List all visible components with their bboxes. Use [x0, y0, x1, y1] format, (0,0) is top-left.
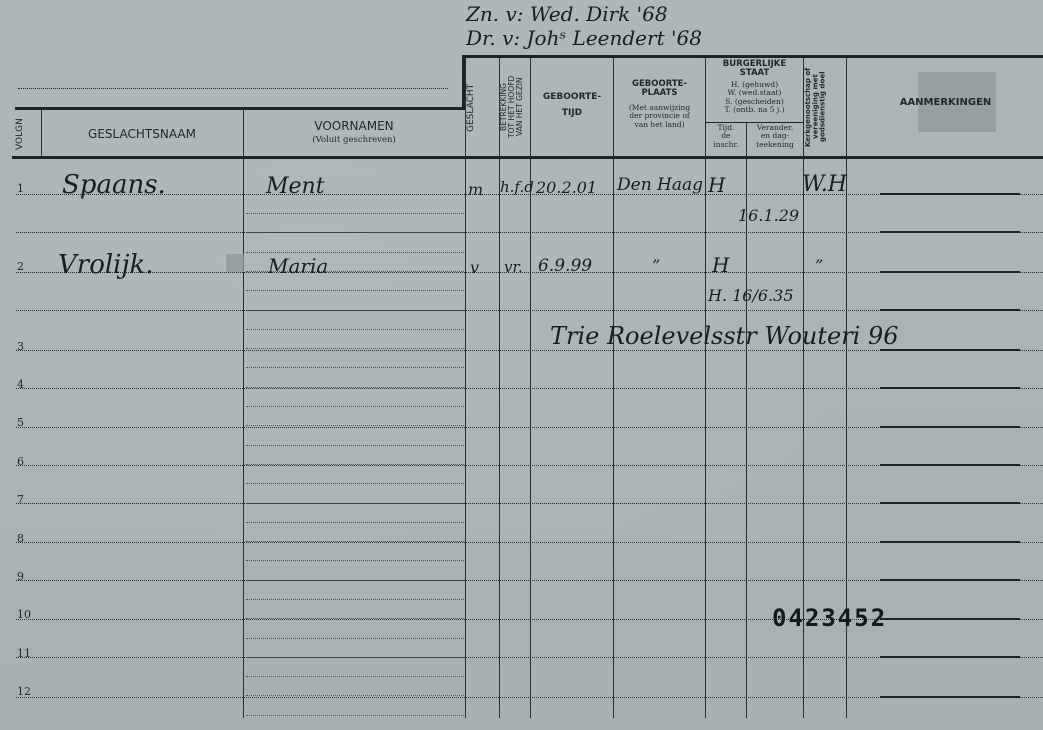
- header-geslacht: GESLACHT: [467, 62, 497, 154]
- row-number: 12: [17, 685, 31, 698]
- aanmerkingen-rule: [880, 579, 1020, 581]
- entry-2-geslacht: v: [470, 258, 479, 277]
- voornamen-subrule: [246, 213, 464, 214]
- header-bottom-rule: [12, 156, 1043, 159]
- aanmerkingen-rule: [880, 271, 1020, 273]
- voornamen-subrule: [246, 541, 464, 542]
- voornamen-subrule: [246, 657, 464, 658]
- header-voornamen-sub: (Voluit geschreven): [244, 136, 464, 145]
- voornamen-subrule: [246, 695, 464, 696]
- voornamen-subrule: [246, 425, 464, 426]
- entry-2-geslachtsnaam: Vrolijk.: [58, 250, 154, 280]
- aanmerkingen-rule: [880, 656, 1020, 658]
- registry-card: Zn. v: Wed. Dirk '68 Dr. v: Johˢ Leender…: [0, 0, 1043, 730]
- voornamen-subrule: [246, 310, 464, 311]
- header-voornamen: VOORNAMEN: [244, 120, 464, 133]
- row-number: 2: [17, 260, 24, 273]
- entry-1-geslacht: m: [468, 180, 483, 199]
- header-kerkgenootschap: Kerkgenootschap of vereeniging met godsd…: [805, 60, 845, 154]
- voornamen-subrule: [246, 676, 464, 677]
- voornamen-subrule: [246, 464, 464, 465]
- voornamen-subrule: [246, 445, 464, 446]
- row-number: 7: [17, 493, 24, 506]
- row-number: 5: [17, 416, 24, 429]
- voornamen-subrule: [246, 367, 464, 368]
- top-note-2: Dr. v: Johˢ Leendert '68: [466, 26, 702, 50]
- row-number: 10: [17, 608, 31, 621]
- small-patch: [226, 254, 244, 272]
- entry-1-geslachtsnaam: Spaans.: [62, 170, 166, 200]
- header-betrekking: BETREKKING TOT HET HOOFD VAN HET GEZIN: [500, 60, 530, 154]
- aanmerkingen-rule: [880, 387, 1020, 389]
- entry-1-bs-tijd: H: [708, 173, 725, 197]
- entry-1-bs-verander: 16.1.29: [738, 206, 799, 225]
- row-number: 6: [17, 455, 24, 468]
- entry-2-bs-tijd: H: [712, 253, 729, 277]
- aanmerkingen-rule: [880, 618, 1020, 620]
- row-number: 1: [17, 182, 24, 195]
- voornamen-subrule: [246, 618, 464, 619]
- voornamen-subrule: [246, 560, 464, 561]
- header-bs-codes: H. (gehuwd) W. (wed.staat) S. (gescheide…: [706, 81, 803, 114]
- aanmerkingen-rule: [880, 231, 1020, 233]
- header-geboorteplaats: GEBOORTE- PLAATS: [614, 80, 705, 99]
- voornamen-subrule: [246, 329, 464, 330]
- entry-2-geboorteplaats: ”: [652, 256, 660, 275]
- aanmerkingen-rule: [880, 426, 1020, 428]
- header-top-rule-right: [462, 55, 1043, 58]
- header-bs-verander: Verander. en dag- teekening: [747, 124, 803, 149]
- header-geslachtsnaam: GESLACHTSNAAM: [42, 128, 242, 141]
- col-line-geslachtsnaam: [243, 110, 244, 718]
- entry-1-voornamen: Ment: [266, 174, 325, 199]
- voornamen-subrule: [246, 290, 464, 291]
- voornamen-subrule: [246, 503, 464, 504]
- voornamen-subrule: [246, 522, 464, 523]
- entry-1-kerkgenootschap: W.H: [802, 172, 847, 197]
- aanmerkingen-rule: [880, 696, 1020, 698]
- voornamen-subrule: [246, 599, 464, 600]
- row-number: 9: [17, 570, 24, 583]
- entry-1-geboorteplaats: Den Haag: [617, 175, 703, 195]
- voornamen-subrule: [246, 580, 464, 581]
- row-number: 11: [17, 647, 31, 660]
- aanmerkingen-rule: [880, 309, 1020, 311]
- header-geboortetijd: GEBOORTE- TIJD: [531, 93, 613, 119]
- header-bs-tijd: Tijd. de inschr.: [706, 124, 746, 149]
- aanmerkingen-rule: [880, 541, 1020, 543]
- top-note-1: Zn. v: Wed. Dirk '68: [466, 2, 668, 26]
- aanmerkingen-rule: [880, 193, 1020, 195]
- entry-1-betrekking: h.f.d: [500, 178, 534, 196]
- voornamen-subrule: [246, 348, 464, 349]
- aanmerkingen-rule: [880, 502, 1020, 504]
- header-geboorteplaats-sub: (Met aanwijzing der provincie of van het…: [614, 104, 705, 129]
- row-number: 3: [17, 340, 24, 353]
- entry-2-bs-verander: H. 16/6.35: [708, 286, 794, 305]
- voornamen-subrule: [246, 232, 464, 233]
- entry-2-kerkgenootschap: ”: [815, 256, 823, 275]
- voornamen-subrule: [246, 406, 464, 407]
- header-aanmerkingen: AANMERKINGEN: [848, 97, 1043, 108]
- header-burgerlijke-staat: BURGERLIJKE STAAT: [706, 60, 803, 79]
- entry-2-betrekking: vr.: [504, 258, 523, 276]
- voornamen-subrule: [246, 638, 464, 639]
- dotted-line-top: [18, 88, 448, 89]
- entry-1-geboortetijd: 20.2.01: [536, 178, 597, 197]
- entry-2-voornamen: Maria: [268, 254, 328, 278]
- voornamen-subrule: [246, 252, 464, 253]
- header-top-rule-left: [15, 107, 465, 110]
- voornamen-subrule: [246, 387, 464, 388]
- stamp-number: 0423452: [772, 604, 887, 632]
- entry-2-geboortetijd: 6.9.99: [538, 256, 592, 276]
- row-number: 4: [17, 378, 24, 391]
- aanmerkingen-rule: [880, 349, 1020, 351]
- aanmerkingen-rule: [880, 464, 1020, 466]
- header-volgnr: VOLGN: [16, 112, 38, 156]
- voornamen-subrule: [246, 715, 464, 716]
- voornamen-subrule: [246, 483, 464, 484]
- address-note: Trie Roelevelsstr Wouteri 96: [550, 322, 899, 350]
- row-number: 8: [17, 532, 24, 545]
